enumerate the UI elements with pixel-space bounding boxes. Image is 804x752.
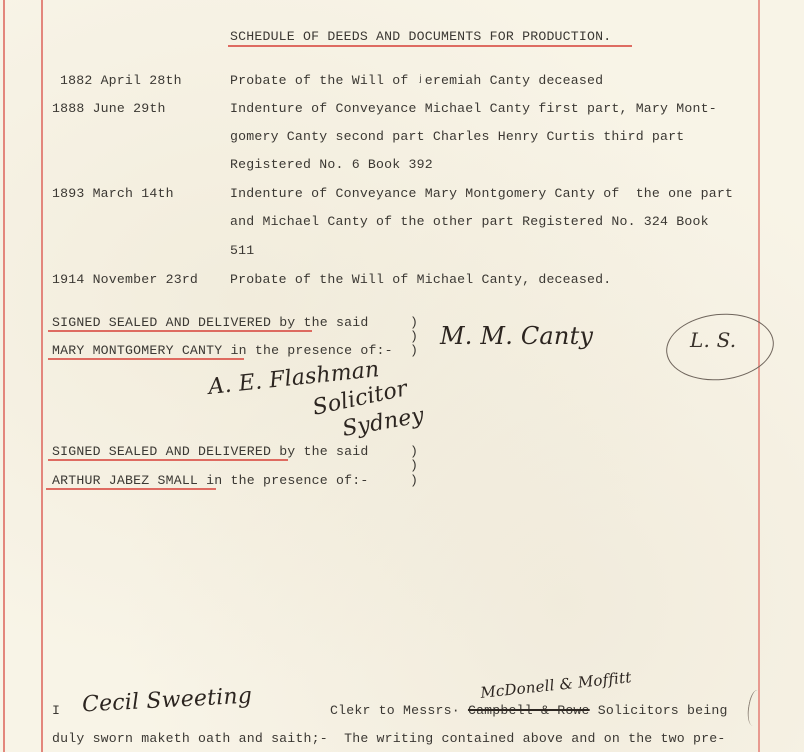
underline xyxy=(48,358,244,360)
schedule-date: 1914 November 23rd xyxy=(52,272,198,288)
underline xyxy=(48,459,288,461)
bracket: ) xyxy=(410,458,418,474)
by-the-said-text: by the said xyxy=(279,315,368,330)
solicitors-being-text: Solicitors being xyxy=(590,703,728,718)
schedule-entry-line: Probate of the Will of ʲeremiah Canty de… xyxy=(230,73,603,89)
affidavit-clerk-text: Clekr to Messrs· Campbell & Rowe Solicit… xyxy=(330,703,728,719)
schedule-date: 1882 April 28th xyxy=(60,73,182,89)
margin-initials xyxy=(744,689,765,727)
document-page: SCHEDULE OF DEEDS AND DOCUMENTS FOR PROD… xyxy=(0,0,804,752)
underline xyxy=(46,488,216,490)
schedule-entry-line: Indenture of Conveyance Michael Canty fi… xyxy=(230,101,717,117)
attestation-line-2: ARTHUR JABEZ SMALL in the presence of:- xyxy=(52,473,368,489)
presence-text: in the presence of:- xyxy=(222,343,392,358)
right-margin-rule xyxy=(758,0,760,752)
schedule-entry-line: gomery Canty second part Charles Henry C… xyxy=(230,129,684,145)
underline xyxy=(48,330,312,332)
inserted-firm-name: McDonell & Moffitt xyxy=(479,668,632,702)
struck-firm-name: Campbell & Rowe xyxy=(468,703,590,718)
by-the-said-text: by the said xyxy=(279,444,368,459)
signature-mm-canty: M. M. Canty xyxy=(440,322,593,350)
attestation-line-1: SIGNED SEALED AND DELIVERED by the said xyxy=(52,444,368,460)
schedule-date: 1893 March 14th xyxy=(52,186,174,202)
party-name: ARTHUR JABEZ SMALL xyxy=(52,473,198,488)
party-name: MARY MONTGOMERY CANTY xyxy=(52,343,222,358)
bracket: ) xyxy=(410,343,418,359)
signed-sealed-delivered-label: SIGNED SEALED AND DELIVERED xyxy=(52,315,279,330)
bracket: ) xyxy=(410,473,418,489)
affidavit-line-2: duly sworn maketh oath and saith;- The w… xyxy=(52,731,725,747)
schedule-entry-line: 511 xyxy=(230,243,254,259)
clerk-to-messrs-text: Clekr to Messrs· xyxy=(330,703,460,718)
left-outer-margin-rule xyxy=(3,0,5,752)
affidavit-prefix: I xyxy=(52,703,60,719)
schedule-entry-line: Indenture of Conveyance Mary Montgomery … xyxy=(230,186,733,202)
attestation-line-1: SIGNED SEALED AND DELIVERED by the said xyxy=(52,315,368,331)
title-underline xyxy=(228,45,632,47)
signed-sealed-delivered-label: SIGNED SEALED AND DELIVERED xyxy=(52,444,279,459)
handwritten-deponent-name: Cecil Sweeting xyxy=(81,684,252,718)
attestation-line-2: MARY MONTGOMERY CANTY in the presence of… xyxy=(52,343,393,359)
schedule-entry-line: Probate of the Will of Michael Canty, de… xyxy=(230,272,611,288)
schedule-entry-line: and Michael Canty of the other part Regi… xyxy=(230,214,709,230)
schedule-entry-line: Registered No. 6 Book 392 xyxy=(230,157,433,173)
left-inner-margin-rule xyxy=(41,0,43,752)
schedule-date: 1888 June 29th xyxy=(52,101,166,117)
document-title: SCHEDULE OF DEEDS AND DOCUMENTS FOR PROD… xyxy=(230,29,611,45)
presence-text: in the presence of:- xyxy=(198,473,368,488)
seal-ls-text: L. S. xyxy=(690,328,736,352)
